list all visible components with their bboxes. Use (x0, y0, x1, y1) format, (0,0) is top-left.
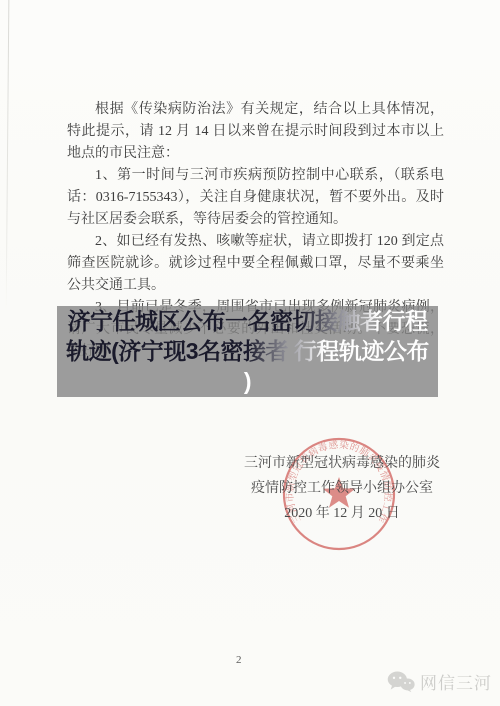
signature-date: 2020 年 12 月 20 日 (238, 501, 446, 526)
headline-title: 济宁任城区公布一名密切接触者行程 轨迹(济宁现3名密接者 行程轨迹公布 ) (57, 306, 438, 396)
headline-line-2: 轨迹(济宁现3名密接者 行程轨迹公布 (57, 336, 438, 366)
wechat-icon (387, 670, 415, 693)
doc-paragraph: 1、第一时间与三河市疾病预防控制中心联系，（联系电话：0316-7155343）… (67, 165, 444, 231)
watermark: 网信三河 (387, 669, 492, 694)
doc-paragraph: 2、如已经有发热、咳嗽等症状，请立即拨打 120 到定点筛查医院就诊。就诊过程中… (67, 231, 444, 297)
page-number: 2 (236, 654, 242, 666)
signature-block: 三河市新型冠状病毒感染的肺炎 疫情防控工作领导小组办公室 2020 年 12 月… (238, 451, 446, 526)
signature-line-2: 疫情防控工作领导小组办公室 (238, 476, 446, 501)
headline-line-3: ) (57, 366, 438, 396)
page-edge-line (6, 0, 10, 312)
doc-paragraph: 根据《传染病防治法》有关规定，结合以上具体情况，特此提示，请 12 月 14 日… (67, 99, 444, 165)
signature-line-1: 三河市新型冠状病毒感染的肺炎 (238, 451, 446, 476)
scanned-document-page: 根据《传染病防治法》有关规定，结合以上具体情况，特此提示，请 12 月 14 日… (0, 0, 500, 706)
watermark-label: 网信三河 (420, 669, 492, 694)
headline-line-1: 济宁任城区公布一名密切接触者行程 (57, 306, 438, 336)
